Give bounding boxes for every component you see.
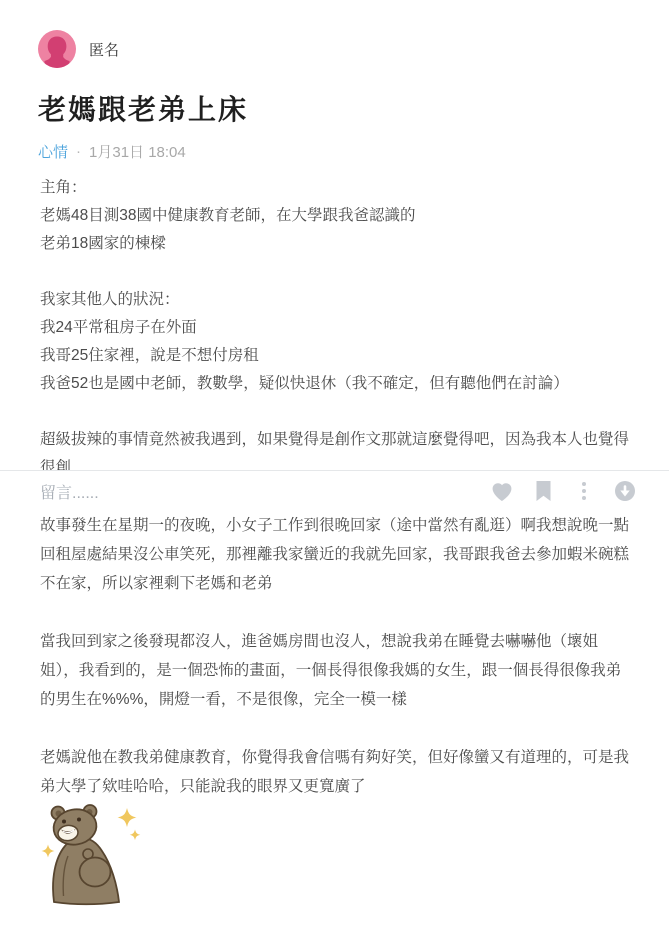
- meta-separator: ·: [76, 143, 81, 160]
- paragraph: 當我回到家之後發現都沒人，進爸媽房間也沒人，想說我弟在睡覺去嚇嚇他（壞姐 姐），…: [40, 627, 640, 714]
- post-body-bottom: 故事發生在星期一的夜晚，小女子工作到很晚回家（途中當然有亂逛）啊我想說晚一點 回…: [40, 511, 640, 830]
- comment-bar: 留言......: [0, 470, 669, 511]
- paragraph: 老媽說他在教我弟健康教育，你覺得我會信嗎有夠好笑，但好像蠻又有道理的，可是我 弟…: [40, 743, 640, 801]
- author-name: 匿名: [89, 39, 119, 60]
- bookmark-icon[interactable]: [531, 479, 555, 503]
- person-silhouette-icon: [38, 30, 76, 68]
- post-header: 匿名: [38, 30, 119, 68]
- sparkle-icon: [42, 845, 55, 858]
- heart-icon[interactable]: [490, 479, 514, 503]
- comment-input-placeholder[interactable]: 留言......: [40, 480, 99, 503]
- post-timestamp: 1月31日 18:04: [89, 141, 186, 162]
- paragraph: 我家其他人的狀況： 我24平常租房子在外面 我哥25住家裡，說是不想付房租 我爸…: [40, 286, 640, 398]
- paragraph: 故事發生在星期一的夜晚，小女子工作到很晚回家（途中當然有亂逛）啊我想說晚一點 回…: [40, 511, 640, 598]
- post-body-top: 主角： 老媽48目測38國中健康教育老師，在大學跟我爸認識的 老弟18國家的棟樑…: [40, 174, 640, 510]
- sparkle-icon: [130, 830, 141, 841]
- paragraph: 主角： 老媽48目測38國中健康教育老師，在大學跟我爸認識的 老弟18國家的棟樑: [40, 174, 640, 258]
- kebab-menu-icon[interactable]: [572, 479, 596, 503]
- post-page: 匿名 老媽跟老弟上床 心情 · 1月31日 18:04 主角： 老媽48目測38…: [0, 0, 669, 935]
- post-meta: 心情 · 1月31日 18:04: [38, 141, 186, 162]
- category-link[interactable]: 心情: [38, 141, 68, 162]
- anonymous-avatar: [38, 30, 76, 68]
- action-icons: [473, 479, 637, 503]
- download-icon[interactable]: [613, 479, 637, 503]
- post-title: 老媽跟老弟上床: [38, 88, 248, 128]
